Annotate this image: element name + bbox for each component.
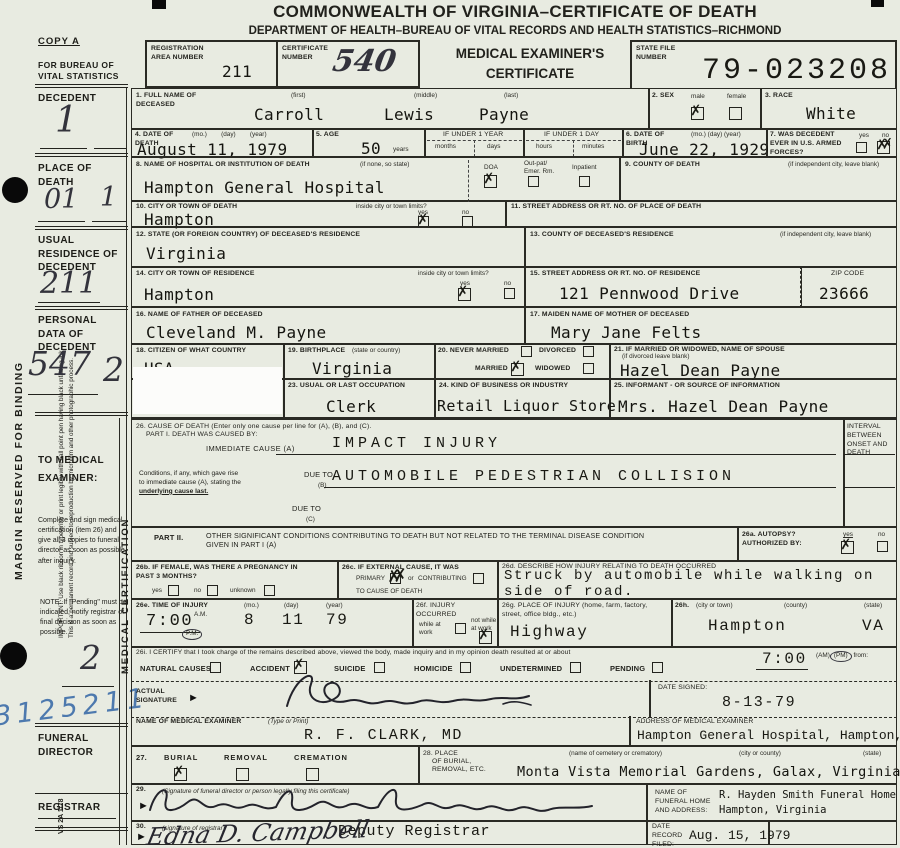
checkbox-autopsy-yes-checked: ✗ [841,541,854,554]
year-caption: (year) [326,602,343,610]
margin-rule [35,153,128,157]
field-me-address: ADDRESS OF MEDICAL EXAMINER Hampton Gene… [629,716,897,747]
yes-caption: yes [859,132,869,140]
city-county-caption: (city or county) [739,750,781,758]
hospital-value: Hampton General Hospital [144,178,385,197]
pregnancy-label: 26b. IF FEMALE, WAS THERE A PREGNANCY IN… [136,564,316,582]
check-mark-icon: ✗ [456,283,469,300]
funeral-home-name: R. Hayden Smith Funeral Home [719,789,896,801]
registration-area-number-box: REGISTRATION AREA NUMBER 211 [145,40,278,88]
cause-b-line [324,487,836,488]
first-name-value: Carroll [254,105,324,124]
place-of-injury-label: 26g. PLACE OF INJURY (home, farm, factor… [502,602,662,620]
cause-a-value: IMPACT INJURY [332,435,501,452]
pending-note: NOTE: If "Pending" must be indicated, no… [40,598,128,639]
county-of-death-label: 9. COUNTY OF DEATH [625,161,700,170]
birthplace-hint: (state or country) [352,347,400,355]
field-me-name: NAME OF MEDICAL EXAMINER (Type or Print)… [131,716,631,747]
checkbox-outpatient-unchecked [528,176,539,187]
field-city-of-death: 10. CITY OR TOWN OF DEATH Hampton inside… [131,200,507,228]
handwritten-code-residence: 211 [40,266,97,301]
check-mark-icon: ✗ [839,536,852,553]
age-unit-caption: years [393,146,409,154]
state-caption: (state) [864,602,882,610]
me-name-label: NAME OF MEDICAL EXAMINER [136,718,241,727]
certificate-title: COMMONWEALTH OF VIRGINIA–CERTIFICATE OF … [130,2,900,22]
minutes-caption: minutes [582,143,604,151]
date-of-death-captions: (mo.) (day) (year) [192,131,267,139]
checkbox-female-unchecked [729,107,742,120]
field-residence-county: 13. COUNTY OF DECEASED'S RESIDENCE (if i… [524,226,897,268]
field-date-of-birth: 6. DATE OF BIRTH (mo.) (day) (year) June… [622,128,768,158]
female-caption: female [727,93,746,101]
funeral-home-city: Hampton, Virginia [719,804,826,816]
field-full-name: 1. FULL NAME OF DECEASED (first) (middle… [131,88,650,130]
time-value: 7:00 [146,612,193,631]
injury-city-value: Hampton [708,617,786,635]
field-informant: 25. INFORMANT - OR SOURCE OF INFORMATION… [609,378,897,418]
checkbox-married-checked: ✗ [511,363,524,376]
field-age: 5. AGE 50 years [312,128,426,158]
injury-month-value: 8 [244,611,255,629]
informant-value: Mrs. Hazel Dean Payne [618,397,829,416]
section-to-medical-examiner: TO MEDICAL EXAMINER: [38,452,108,488]
certificate-number-box: CERTIFICATE NUMBER 540 [276,40,420,88]
full-name-label: 1. FULL NAME OF DECEASED [136,92,206,110]
unknown-caption: unknown [230,587,256,595]
checkbox-forces-no-checked: ✗✗ [877,141,890,154]
under-1-day-label: IF UNDER 1 DAY [544,131,599,140]
natural-causes-label: NATURAL CAUSES [140,664,211,674]
county-of-death-hint: (if independent city, leave blank) [788,161,879,169]
mo-caption: (mo.) [244,602,259,610]
punch-hole-bottom [0,642,27,670]
birthplace-value: Virginia [312,359,392,378]
checkbox-widowed-unchecked [583,363,594,374]
field-cause-of-death: 26. CAUSE OF DEATH (Enter only one cause… [131,418,845,528]
conditions-line2: to immediate cause (A), stating the [139,479,264,488]
margin-rule-thin [35,793,128,794]
burial-label: BURIAL [164,753,198,763]
field-father-name: 16. NAME OF FATHER OF DECEASED Cleveland… [131,306,526,345]
external-cause-label: 26c. IF EXTERNAL CAUSE, IT WAS [342,564,459,573]
industry-value: Retail Liquor Store [437,397,616,415]
state-file-number-box: STATE FILE NUMBER 79-023208 [630,40,897,88]
handwriting-line [38,221,85,222]
me-name-value: R. F. CLARK, MD [304,727,463,744]
field-autopsy: 26a. AUTOPSY? AUTHORIZED BY: yes ✗ no [737,526,897,562]
autopsy-label: 26a. AUTOPSY? [742,531,796,540]
divider [573,140,574,157]
registrar-signature-text: Edna D. Campbell [144,815,371,848]
field-date-filed: DATE RECORD FILED: Aug. 15, 1979 [646,820,770,845]
registration-area-label: REGISTRATION AREA NUMBER [151,45,221,63]
field-injury-description: 26d. DESCRIBE HOW INJURY RELATING TO DEA… [497,560,897,600]
day-caption: (day) [284,602,299,610]
divorced-label: DIVORCED [539,347,576,356]
removal-label: REMOVAL [224,753,268,763]
check-mark-icon: ✗✗ [875,136,888,153]
time-of-injury-label: 26e. TIME OF INJURY [136,602,208,611]
death-certificate-scan: MARGIN RESERVED FOR BINDING IMPORTANT: U… [0,0,900,848]
handwriting-line [38,818,116,819]
handwritten-code-place-a: 01 [44,184,78,215]
sex-label: 2. SEX [652,92,674,101]
checkbox-primary-checked: ✗✗ [390,573,401,584]
field-zip-code: ZIP CODE 23666 [800,266,897,308]
field-interval: INTERVAL BETWEEN ONSET AND DEATH [843,418,897,528]
checkbox-pregnancy-no-unchecked [207,585,218,596]
due-to-b-label: DUE TO [304,470,333,480]
checkbox-autopsy-no-unchecked [877,541,888,552]
middle-name-value: Lewis [384,105,434,124]
burial-place-value: Monta Vista Memorial Gardens, Galax, Vir… [517,764,900,780]
handwritten-code-place-b: 1 [100,182,117,213]
cause-b-value: AUTOMOBILE PEDESTRIAN COLLISION [332,468,735,485]
death-time-underline [756,669,808,670]
father-name-value: Cleveland M. Payne [146,323,327,342]
pending-label: PENDING [610,664,645,674]
injury-description-line1: Struck by automobile while walking on [504,568,874,584]
me-certificate-line2: CERTIFICATE [430,64,630,84]
check-mark-icon: ✗ [689,102,702,119]
margin-rule [35,723,128,727]
street-of-death-label: 11. STREET ADDRESS OR RT. NO. OF PLACE O… [511,203,701,212]
field-hospital: 8. NAME OF HOSPITAL OR INSTITUTION OF DE… [131,156,621,202]
residence-county-label: 13. COUNTY OF DECEASED'S RESIDENCE [530,231,674,240]
checkbox-doa-checked: ✗ [484,175,497,188]
binding-margin-label: MARGIN RESERVED FOR BINDING [12,270,26,580]
medical-examiner-signature [275,666,545,716]
no-caption: no [194,587,201,595]
contributing-caption: CONTRIBUTING [418,575,467,583]
field-place-of-injury: 26g. PLACE OF INJURY (home, farm, factor… [497,598,673,648]
due-to-c-label: DUE TO [292,504,321,514]
occupation-value: Clerk [326,397,376,416]
date-signed-value: 8-13-79 [722,694,796,711]
county-caption: (county) [784,602,807,610]
conditions-line3: underlying cause last. [139,488,264,497]
field-occupation: 23. USUAL OR LAST OCCUPATION Clerk [283,378,436,418]
limits-caption: inside city or town limits? [418,270,489,278]
checkbox-res-limits-no-unchecked [504,288,515,299]
spouse-hint: (if divorced leave blank) [622,353,690,361]
registration-area-value: 211 [222,62,252,81]
field-spouse: 21. IF MARRIED OR WIDOWED, NAME OF SPOUS… [609,343,897,380]
b-caption: (B) [318,482,327,490]
disposition-number: 27. [136,753,147,763]
check-mark-icon: ✗ [172,763,185,780]
check-mark-icon: ✗ [477,626,490,643]
injury-location-label: 26h. [675,602,689,611]
pm-caption-circled: P.M. [182,629,202,640]
arrow-icon: ► [188,692,199,704]
cause-a-line [276,454,836,455]
field-date-signed: DATE SIGNED: 8-13-79 [649,680,897,718]
field-date-of-death: 4. DATE OF DEATH (mo.) (day) (year) Augu… [131,128,314,158]
actual-signature-label: ACTUAL SIGNATURE [136,688,182,706]
residence-state-label: 12. STATE (OR FOREIGN COUNTRY) OF DECEAS… [136,231,360,240]
field-funeral-home: NAME OF FUNERAL HOME AND ADDRESS: R. Hay… [646,783,897,822]
race-value: White [806,104,856,123]
state-caption: (state) [863,750,881,758]
citizen-label: 18. CITIZEN OF WHAT COUNTRY [136,347,246,356]
mother-name-label: 17. MAIDEN NAME OF MOTHER OF DECEASED [530,311,689,320]
hospital-hint: (if none, so state) [360,161,409,169]
handwritten-code-personal-b: 2 [103,350,124,389]
field-industry: 24. KIND OF BUSINESS OR INDUSTRY Retail … [434,378,611,418]
margin-rule [35,226,128,230]
bureau-label: FOR BUREAU OF VITAL STATISTICS [38,60,124,83]
residence-city-label: 14. CITY OR TOWN OF RESIDENCE [136,270,255,279]
death-time-value: 7:00 [762,650,807,668]
field-external-cause: 26c. IF EXTERNAL CAUSE, IT WAS PRIMARY ✗… [337,560,499,600]
field-pregnancy: 26b. IF FEMALE, WAS THERE A PREGNANCY IN… [131,560,339,600]
field-empty-bottom-right [768,820,897,845]
age-label: 5. AGE [316,131,339,140]
cremation-label: CREMATION [294,753,348,763]
from-caption: from: [853,652,868,659]
or-caption: or [408,575,414,583]
margin-rule [35,827,128,831]
me-address-label: ADDRESS OF MEDICAL EXAMINER [636,718,753,727]
state-file-label: STATE FILE NUMBER [636,45,696,63]
inpatient-caption: Inpatient [572,164,597,172]
limits-caption: inside city or town limits? [356,203,427,211]
divider [474,140,475,157]
to-cause-caption: TO CAUSE OF DEATH [356,588,422,596]
funeral-director-signature [142,780,612,824]
cemetery-caption: (name of cemetery or crematory) [569,750,662,758]
residence-city-value: Hampton [144,285,214,304]
days-caption: days [487,143,501,151]
certify-statement: 26i. I CERTIFY that I took charge of the… [136,649,751,658]
date-of-birth-captions: (mo.) (day) (year) [691,131,741,139]
handwriting-line [92,221,127,222]
section-registrar: REGISTRAR [38,801,101,815]
medical-examiner-note: Complete and sign medical certification … [38,516,126,567]
field-mother-name: 17. MAIDEN NAME OF MOTHER OF DECEASED Ma… [524,306,897,345]
zip-label: ZIP CODE [831,270,864,279]
margin-rule [35,306,128,310]
injury-year-value: 79 [326,611,348,629]
yes-caption: yes [152,587,162,595]
birthplace-label: 19. BIRTHPLACE [288,347,345,356]
handwriting-line [38,302,100,303]
armed-forces-label: 7. WAS DECEDENT EVER IN U.S. ARMED FORCE… [770,131,848,157]
funeral-home-label: NAME OF FUNERAL HOME AND ADDRESS: [655,789,717,815]
industry-label: 24. KIND OF BUSINESS OR INDUSTRY [439,382,568,391]
section-funeral-director: FUNERAL DIRECTOR [38,732,108,759]
field-if-under-1-day: IF UNDER 1 DAY hours minutes [523,128,624,158]
while-at-work-caption: while at work [419,621,453,636]
field-birthplace: 19. BIRTHPLACE (state or country) Virgin… [283,343,436,380]
field-county-of-death: 9. COUNTY OF DEATH (if independent city,… [619,156,897,202]
certificate-subtitle: DEPARTMENT OF HEALTH–BUREAU OF VITAL REC… [130,25,900,37]
handwritten-code-personal-a: 547 [28,344,91,383]
field-residence-state: 12. STATE (OR FOREIGN COUNTRY) OF DECEAS… [131,226,526,268]
conditions-line1: Conditions, if any, which gave rise [139,470,264,479]
primary-caption: PRIMARY [356,575,385,583]
checkbox-not-while-at-work-checked: ✗ [479,631,492,644]
under-1-year-label: IF UNDER 1 YEAR [443,131,503,140]
field-residence-city: 14. CITY OR TOWN OF RESIDENCE Hampton in… [131,266,526,308]
residence-state-value: Virginia [146,244,226,263]
field-residence-street: 15. STREET ADDRESS OR RT. NO. OF RESIDEN… [524,266,802,308]
checkbox-while-at-work-unchecked [455,623,466,634]
pm-caption-circled: (PM) [830,651,852,662]
part2-text: OTHER SIGNIFICANT CONDITIONS CONTRIBUTIN… [206,531,646,550]
check-mark-icon: ✗✗ [386,566,401,587]
no-caption: no [878,531,885,539]
informant-label: 25. INFORMANT - OR SOURCE OF INFORMATION [614,382,780,391]
field-if-under-1-year: IF UNDER 1 YEAR months days [424,128,525,158]
margin-rule [35,412,128,416]
checkbox-pregnancy-unknown-unchecked [264,585,275,596]
no-caption: no [504,280,511,288]
me-certificate-line1: MEDICAL EXAMINER'S [430,44,630,64]
copy-a-label: COPY A [38,36,80,49]
injury-day-value: 11 [282,611,304,629]
burial-place-label3: REMOVAL, ETC. [432,766,486,775]
interval-line-b [844,487,895,488]
conditions-note: Conditions, if any, which gave rise to i… [139,470,264,497]
handwritten-code-decedent: 1 [55,100,78,141]
first-caption: (first) [291,92,306,100]
check-mark-icon: ✗ [509,358,522,375]
checkbox-res-limits-yes-checked: ✗ [458,288,471,301]
residence-street-value: 121 Pennwood Drive [559,284,740,303]
divider [468,160,469,202]
me-certificate-heading: MEDICAL EXAMINER'S CERTIFICATE [430,44,630,85]
male-caption: male [691,93,705,101]
me-address-value: Hampton General Hospital, Hampton, VA [637,728,900,743]
field-part2: PART II. OTHER SIGNIFICANT CONDITIONS CO… [131,526,739,562]
autopsy-authorized-label: AUTHORIZED BY: [742,540,802,549]
hospital-label: 8. NAME OF HOSPITAL OR INSTITUTION OF DE… [136,161,310,170]
c-caption: (C) [306,516,315,524]
am-caption: A.M. [194,611,207,619]
field-registrar-signature: 30. (signature of registrar) ► Deputy Re… [131,820,648,845]
checkbox-forces-yes-unchecked [856,142,867,153]
checkbox-divorced-unchecked [583,346,594,357]
checkbox-natural-causes-unchecked [210,662,221,673]
field-place-of-burial: 28. PLACE OF BURIAL, REMOVAL, ETC. (name… [418,745,897,785]
field-sex: 2. SEX male female ✗ [648,88,762,130]
last-name-value: Payne [479,105,529,124]
part2-label: PART II. [154,533,183,543]
part1-label: PART I. DEATH WAS CAUSED BY: [146,431,257,440]
months-caption: months [435,143,456,151]
married-label: MARRIED [475,365,508,374]
handwriting-line [94,148,127,149]
interval-line-a [844,454,895,455]
handwriting-line [28,394,98,395]
me-name-hint: (Type or Print) [268,718,308,726]
immediate-cause-label: IMMEDIATE CAUSE (A) [206,444,295,454]
field-disposition: 27. BURIAL REMOVAL CREMATION ✗ [131,745,420,785]
checkbox-contributing-unchecked [473,573,484,584]
mother-name-value: Mary Jane Felts [551,323,702,342]
state-file-value: 79-023208 [702,54,891,88]
father-name-label: 16. NAME OF FATHER OF DECEASED [136,311,263,320]
field-marital-status: 20. NEVER MARRIED DIVORCED MARRIED ✗ WID… [434,343,611,380]
checkbox-undetermined-unchecked [570,662,581,673]
place-of-injury-value: Highway [510,623,588,641]
checkbox-never-married-unchecked [521,346,532,357]
zip-value: 23666 [819,284,869,303]
punch-hole-top [2,177,28,203]
occupation-label: 23. USUAL OR LAST OCCUPATION [288,382,405,391]
hours-caption: hours [536,143,552,151]
check-mark-icon: ✗ [482,170,495,187]
city-caption: (city or town) [696,602,733,610]
date-signed-label: DATE SIGNED: [658,684,707,693]
certificate-number-value: 540 [330,44,399,79]
field-armed-forces: 7. WAS DECEDENT EVER IN U.S. ARMED FORCE… [766,128,897,158]
field-street-of-death: 11. STREET ADDRESS OR RT. NO. OF PLACE O… [505,200,897,228]
race-label: 3. RACE [765,92,793,101]
margin-rule [35,84,128,88]
ampm-caption: (AM)(PM) from: [816,651,868,662]
never-married-label: 20. NEVER MARRIED [438,347,509,356]
residence-county-hint: (if independent city, leave blank) [780,231,871,239]
checkbox-inpatient-unchecked [579,176,590,187]
injury-state-value: VA [862,617,884,635]
am-caption: (AM) [816,652,830,659]
field-injury-occurred: 26f. INJURY OCCURRED while at work not w… [412,598,499,648]
whiteout-patch [133,367,282,414]
field-injury-location: 26h. (city or town) (county) (state) Ham… [671,598,897,648]
residence-street-label: 15. STREET ADDRESS OR RT. NO. OF RESIDEN… [530,270,700,279]
field-time-of-injury: 26e. TIME OF INJURY (mo.) (day) (year) 7… [131,598,414,648]
handwriting-line [40,148,87,149]
last-caption: (last) [504,92,518,100]
field-race: 3. RACE White [760,88,897,130]
checkbox-pending-unchecked [652,662,663,673]
handwritten-code-note: 2 [80,638,101,677]
checkbox-male-checked: ✗ [691,107,704,120]
outpatient-caption: Out-pat/ Emer. Rm. [524,160,558,175]
checkbox-pregnancy-yes-unchecked [168,585,179,596]
widowed-label: WIDOWED [535,365,570,374]
middle-caption: (middle) [414,92,437,100]
